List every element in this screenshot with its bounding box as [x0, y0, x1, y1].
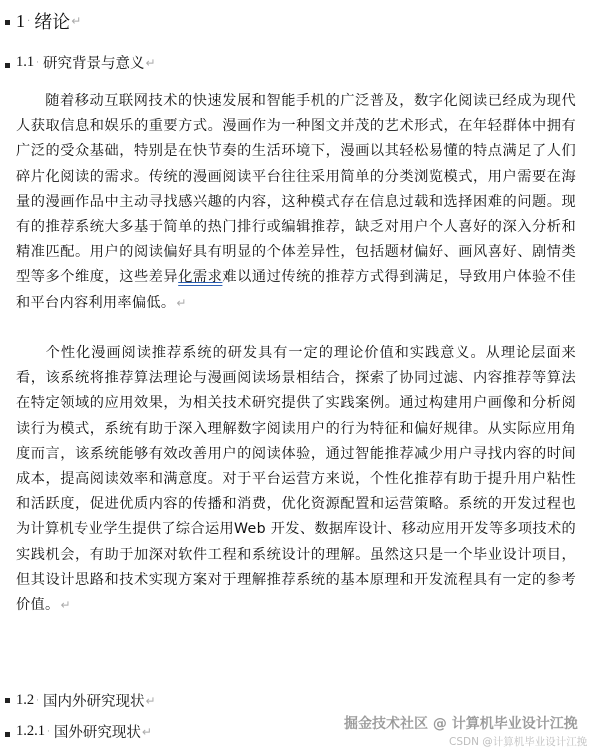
spellcheck-underline: 化需求 — [178, 269, 222, 285]
paragraph-background: 随着移动互联网技术的快速发展和智能手机的广泛普及，数字化阅读已经成为现代人获取信… — [16, 89, 576, 316]
heading-bullet-icon — [5, 20, 10, 25]
watermark-csdn: CSDN @计算机毕业设计江挽 — [449, 734, 587, 749]
paragraph-mark-icon: ↵ — [146, 694, 156, 708]
paragraph-mark-icon: ↵ — [71, 14, 81, 28]
heading-title: 国内外研究现状 — [43, 690, 145, 711]
paragraph-mark-icon: ↵ — [146, 56, 156, 70]
heading-title: 国外研究现状 — [54, 721, 141, 742]
heading-1-introduction: 1· 绪论 ↵ — [5, 8, 81, 34]
heading-number: 1 — [16, 11, 25, 32]
watermark-juejin: 掘金技术社区 @ 计算机毕业设计江挽 — [344, 713, 578, 733]
heading-title: 研究背景与意义 — [43, 52, 145, 73]
paragraph-mark-icon: ↵ — [142, 725, 152, 739]
heading-1-1: 1.1· 研究背景与意义 ↵ — [5, 52, 156, 73]
heading-bullet-icon — [5, 732, 10, 737]
heading-number: 1.2 — [16, 692, 34, 709]
heading-1-2-1: 1.2.1· 国外研究现状 ↵ — [5, 721, 152, 742]
paragraph-mark-icon: ↵ — [176, 296, 186, 310]
heading-1-2: 1.2· 国内外研究现状 ↵ — [5, 690, 156, 711]
paragraph-significance: 个性化漫画阅读推荐系统的研发具有一定的理论价值和实践意义。从理论层面来看，该系统… — [16, 341, 576, 618]
heading-number: 1.1 — [16, 54, 34, 71]
paragraph-mark-icon: ↵ — [60, 598, 70, 612]
heading-bullet-icon — [5, 63, 10, 68]
heading-bullet-icon — [5, 698, 10, 703]
heading-number: 1.2.1 — [16, 723, 45, 740]
heading-title: 绪论 — [34, 8, 70, 34]
